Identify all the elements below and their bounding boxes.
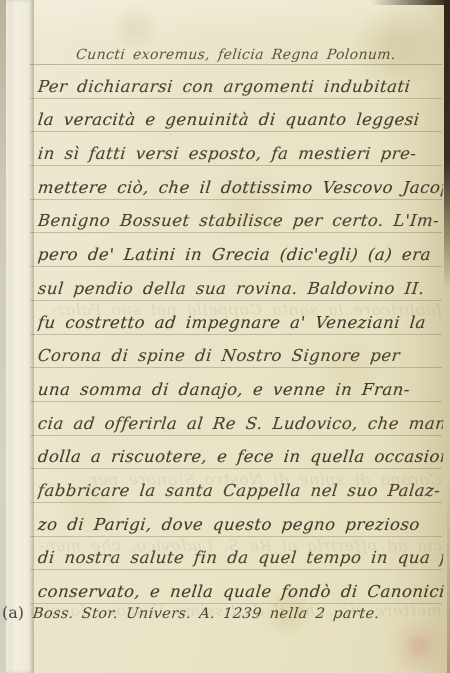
manuscript-line: la veracità e genuinità di quanto legges… <box>30 99 442 133</box>
manuscript-line: mettere ciò, che il dottissimo Vescovo J… <box>30 166 442 200</box>
manuscript-line-text: la veracità e genuinità di quanto legges… <box>37 110 444 129</box>
manuscript-line-text: zo di Parigi, dove questo pegno prezioso <box>37 515 444 534</box>
manuscript-line-text: Per dichiararsi con argomenti indubitati <box>37 77 444 96</box>
scan-edge-top-right <box>370 0 450 5</box>
manuscript-line: di nostra salute fin da quel tempo in qu… <box>30 537 442 571</box>
manuscript-line: in sì fatti versi esposto, fa mestieri p… <box>30 132 442 166</box>
heading-line: Cuncti exoremus, felicia Regna Polonum. <box>30 38 442 65</box>
manuscript-line: Benigno Bossuet stabilisce per certo. L'… <box>30 200 442 234</box>
manuscript-line: fabbricare la santa Cappella nel suo Pal… <box>30 469 442 503</box>
manuscript-line: cia ad offerirla al Re S. Ludovico, che … <box>30 402 442 436</box>
manuscript-line-text: di nostra salute fin da quel tempo in qu… <box>37 548 444 567</box>
manuscript-line: pero de' Latini in Grecia (dic'egli) (a)… <box>30 233 442 267</box>
manuscript-line-text: dolla a riscuotere, e fece in quella occ… <box>37 447 444 466</box>
manuscript-line: sul pendio della sua rovina. Baldovino I… <box>30 267 442 301</box>
manuscript-line: zo di Parigi, dove questo pegno prezioso <box>30 503 442 537</box>
manuscript-line: una somma di danajo, e venne in Fran- <box>30 368 442 402</box>
manuscript-line: dolla a riscuotere, e fece in quella occ… <box>30 436 442 470</box>
footnote: (a) Boss. Stor. Univers. A. 1239 nella 2… <box>2 597 442 625</box>
manuscript-line-text: cia ad offerirla al Re S. Ludovico, che … <box>37 414 444 433</box>
manuscript-line-text: sul pendio della sua rovina. Baldovino I… <box>37 279 444 298</box>
manuscript-line-text: Corona di spine di Nostro Signore per <box>37 346 444 365</box>
scan-edge-right-top <box>444 0 450 290</box>
manuscript-text-block: Cuncti exoremus, felicia Regna Polonum. … <box>30 38 442 604</box>
manuscript-line: fu costretto ad impegnare a' Veneziani l… <box>30 301 442 335</box>
manuscript-line-text: Benigno Bossuet stabilisce per certo. L'… <box>37 211 444 230</box>
manuscript-line-text: in sì fatti versi esposto, fa mestieri p… <box>37 144 444 163</box>
footnote-text: Boss. Stor. Univers. A. 1239 nella 2 par… <box>32 606 380 622</box>
footnote-marker: (a) <box>2 603 24 622</box>
manuscript-line-text: una somma di danajo, e venne in Fran- <box>37 380 444 399</box>
manuscript-line-text: fu costretto ad impegnare a' Veneziani l… <box>37 313 444 332</box>
manuscript-line: Per dichiararsi con argomenti indubitati <box>30 65 442 99</box>
heading-text: Cuncti exoremus, felicia Regna Polonum. <box>29 47 443 63</box>
manuscript-line-text: mettere ciò, che il dottissimo Vescovo J… <box>37 178 444 197</box>
manuscript-line-text: pero de' Latini in Grecia (dic'egli) (a)… <box>37 245 444 264</box>
manuscript-page-scan: fabbricare la santa Cappella nel suo Pal… <box>0 0 450 673</box>
manuscript-line-text: fabbricare la santa Cappella nel suo Pal… <box>37 481 444 500</box>
manuscript-line: Corona di spine di Nostro Signore per <box>30 335 442 369</box>
